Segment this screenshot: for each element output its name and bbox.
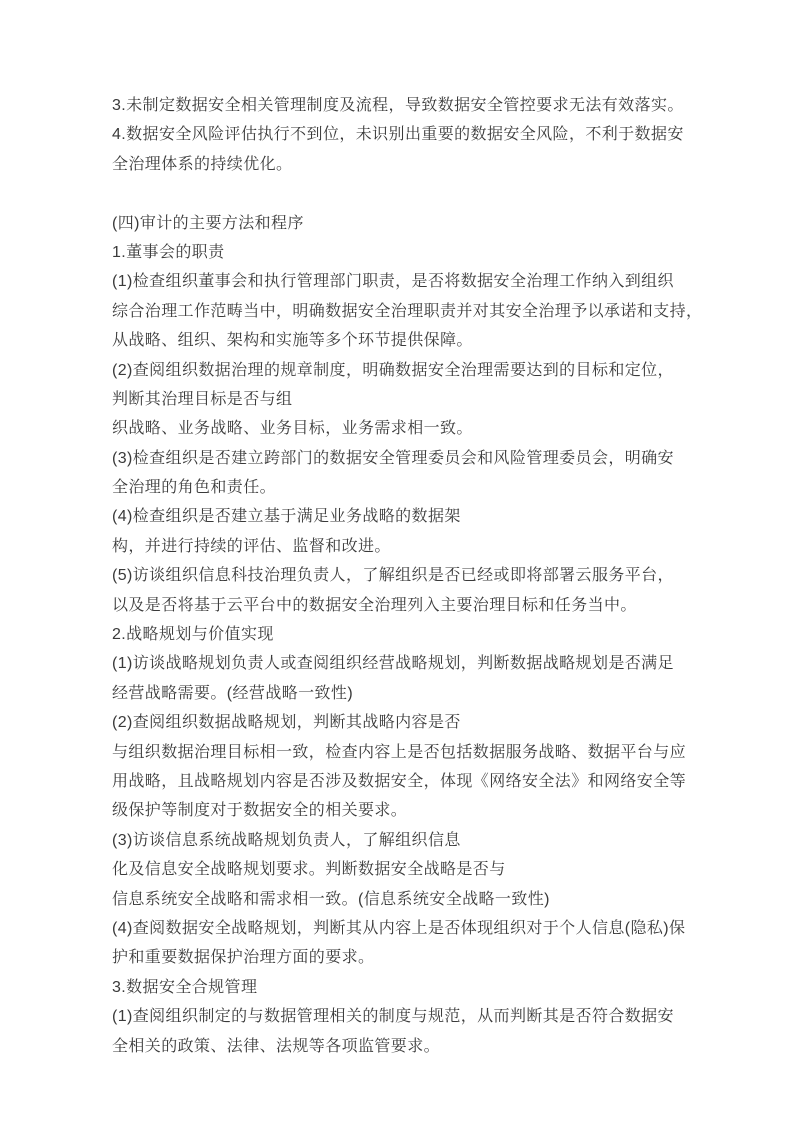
- text-line: 用战略，且战略规划内容是否涉及数据安全，体现《网络安全法》和网络安全等: [112, 767, 712, 796]
- text-line: (1)访谈战略规划负责人或查阅组织经营战略规划，判断数据战略规划是否满足: [112, 649, 712, 678]
- text-line: (4)检查组织是否建立基于满足业务战略的数据架: [112, 502, 712, 531]
- text-line: 以及是否将基于云平台中的数据安全治理列入主要治理目标和任务当中。: [112, 591, 712, 620]
- text-line: 织战略、业务战略、业务目标，业务需求相一致。: [112, 414, 712, 443]
- text-line: (1)查阅组织制定的与数据管理相关的制度与规范，从而判断其是否符合数据安: [112, 1002, 712, 1031]
- text-line: 构，并进行持续的评估、监督和改进。: [112, 532, 712, 561]
- text-line: 化及信息安全战略规划要求。判断数据安全战略是否与: [112, 855, 712, 884]
- text-line: 从战略、组织、架构和实施等多个环节提供保障。: [112, 326, 712, 355]
- text-line: 2.战略规划与价值实现: [112, 620, 712, 649]
- text-line: 经营战略需要。(经营战略一致性): [112, 679, 712, 708]
- text-line: 与组织数据治理目标相一致，检查内容上是否包括数据服务战略、数据平台与应: [112, 738, 712, 767]
- text-line: 判断其治理目标是否与组: [112, 385, 712, 414]
- text-line: 1.董事会的职责: [112, 238, 712, 267]
- text-line: (3)检查组织是否建立跨部门的数据安全管理委员会和风险管理委员会，明确安: [112, 444, 712, 473]
- text-line: 级保护等制度对于数据安全的相关要求。: [112, 796, 712, 825]
- text-line: 护和重要数据保护治理方面的要求。: [112, 943, 712, 972]
- text-line: 4.数据安全风险评估执行不到位，未识别出重要的数据安全风险，不利于数据安: [112, 120, 712, 149]
- text-line: (4)查阅数据安全战略规划，判断其从内容上是否体现组织对于个人信息(隐私)保: [112, 914, 712, 943]
- text-line: 信息系统安全战略和需求相一致。(信息系统安全战略一致性): [112, 885, 712, 914]
- document-page: 3.未制定数据安全相关管理制度及流程，导致数据安全管控要求无法有效落实。4.数据…: [0, 0, 793, 1122]
- text-line: (1)检查组织董事会和执行管理部门职责，是否将数据安全治理工作纳入到组织: [112, 267, 712, 296]
- text-line: (2)查阅组织数据战略规划，判断其战略内容是否: [112, 708, 712, 737]
- document-text-block: 3.未制定数据安全相关管理制度及流程，导致数据安全管控要求无法有效落实。4.数据…: [112, 91, 712, 1061]
- text-line: (3)访谈信息系统战略规划负责人，了解组织信息: [112, 826, 712, 855]
- text-line: 3.数据安全合规管理: [112, 973, 712, 1002]
- text-line: 全相关的政策、法律、法规等各项监管要求。: [112, 1032, 712, 1061]
- text-line: 全治理的角色和责任。: [112, 473, 712, 502]
- text-line: (5)访谈组织信息科技治理负责人，了解组织是否已经或即将部署云服务平台，: [112, 561, 712, 590]
- text-line: 全治理体系的持续优化。: [112, 150, 712, 179]
- text-line: (四)审计的主要方法和程序: [112, 209, 712, 238]
- text-line: (2)查阅组织数据治理的规章制度，明确数据安全治理需要达到的目标和定位，: [112, 356, 712, 385]
- text-line: [112, 179, 712, 208]
- text-line: 综合治理工作范畴当中，明确数据安全治理职责并对其安全治理予以承诺和支持，: [112, 297, 712, 326]
- text-line: 3.未制定数据安全相关管理制度及流程，导致数据安全管控要求无法有效落实。: [112, 91, 712, 120]
